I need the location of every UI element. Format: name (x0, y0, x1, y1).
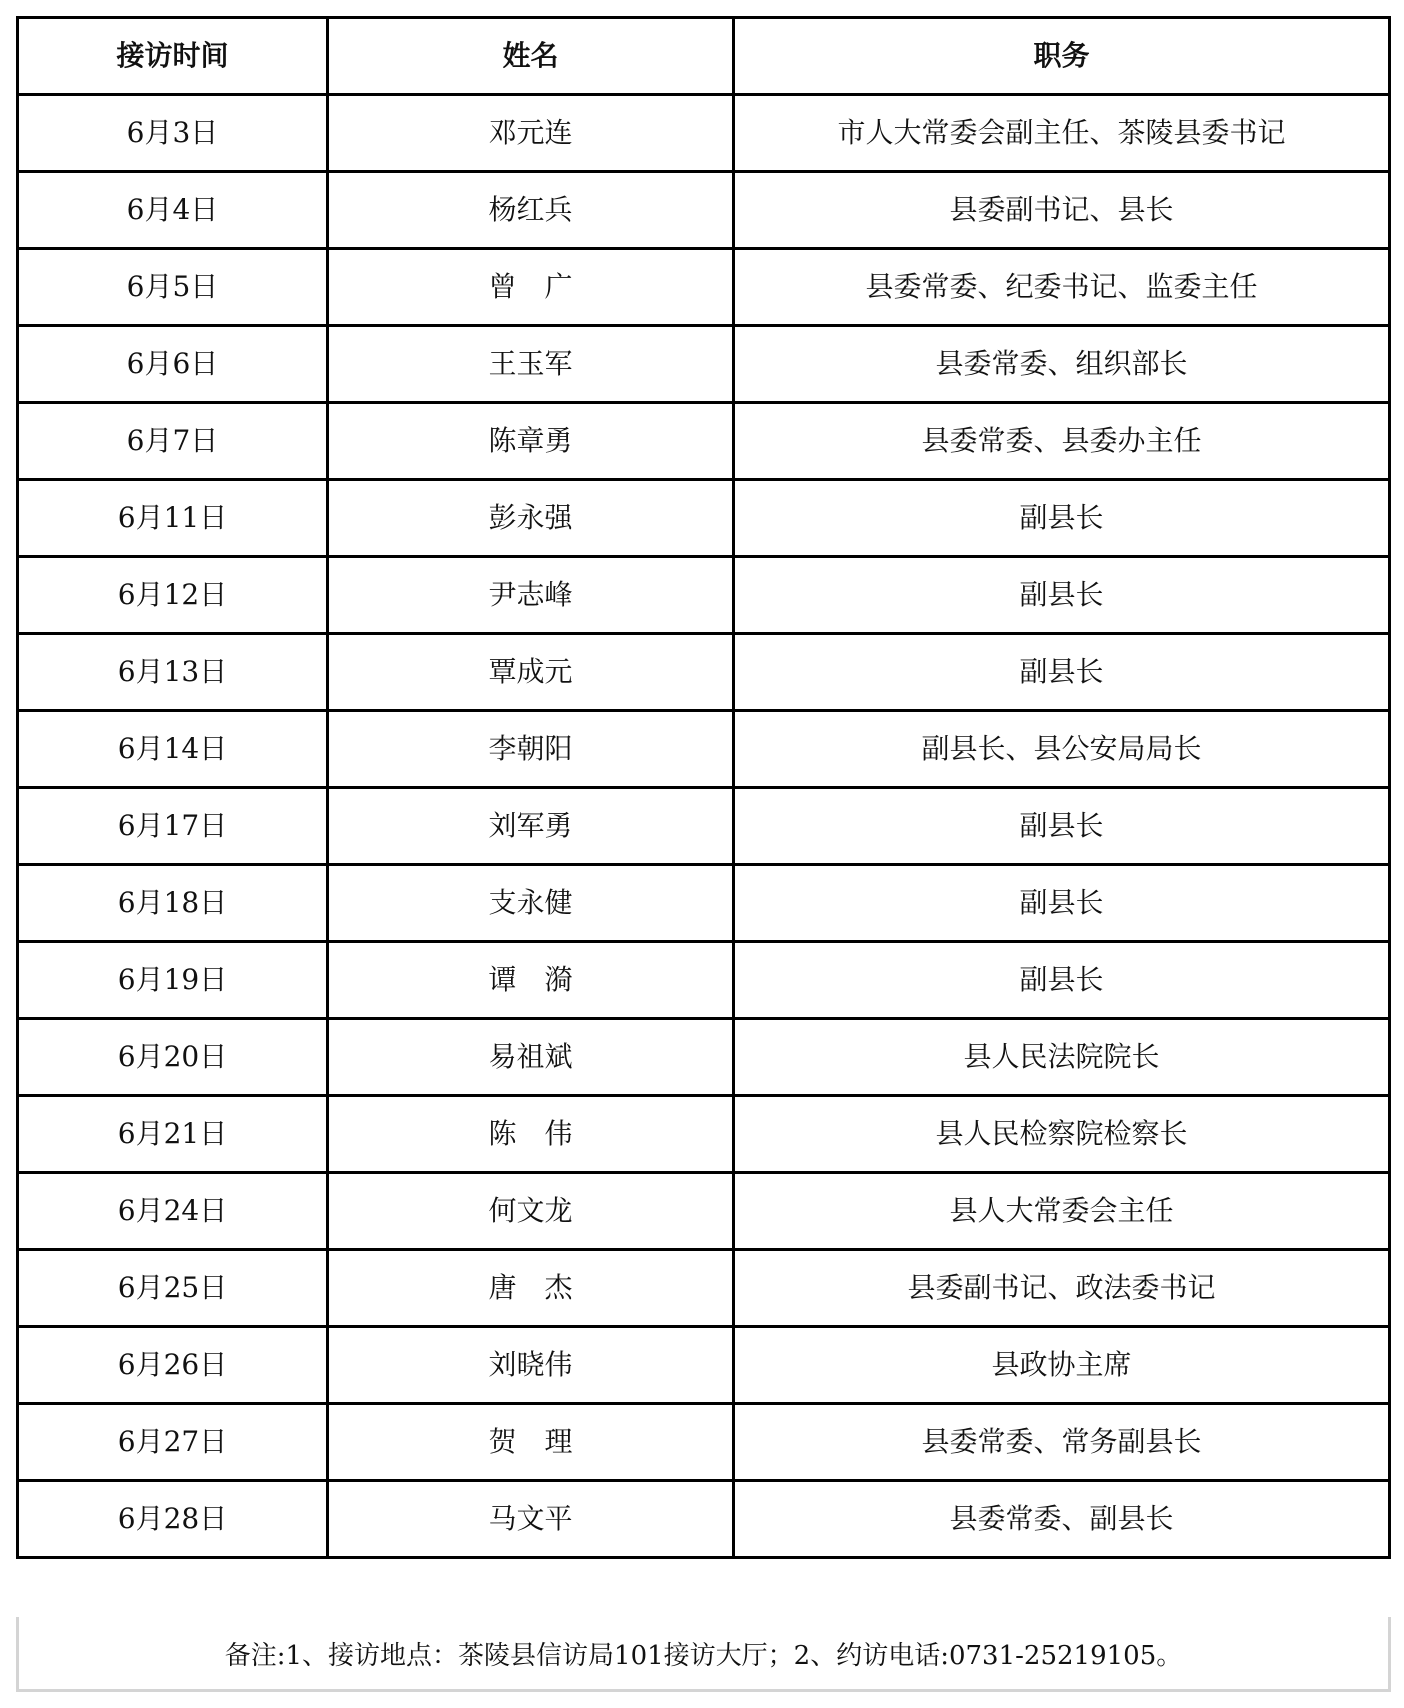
cell-name: 覃成元 (328, 634, 734, 711)
cell-position: 县委常委、常务副县长 (734, 1404, 1390, 1481)
cell-position: 副县长 (734, 788, 1390, 865)
table-row: 6月11日彭永强副县长 (18, 480, 1390, 557)
cell-date: 6月28日 (18, 1481, 328, 1558)
cell-date: 6月19日 (18, 942, 328, 1019)
cell-date: 6月3日 (18, 95, 328, 172)
cell-position: 县委常委、纪委书记、监委主任 (734, 249, 1390, 326)
cell-date: 6月25日 (18, 1250, 328, 1327)
cell-date: 6月17日 (18, 788, 328, 865)
cell-date: 6月27日 (18, 1404, 328, 1481)
cell-date: 6月20日 (18, 1019, 328, 1096)
cell-name: 支永健 (328, 865, 734, 942)
table-row: 6月25日唐 杰县委副书记、政法委书记 (18, 1250, 1390, 1327)
cell-name: 彭永强 (328, 480, 734, 557)
table-row: 6月3日邓元连市人大常委会副主任、茶陵县委书记 (18, 95, 1390, 172)
cell-name: 曾 广 (328, 249, 734, 326)
cell-name: 杨红兵 (328, 172, 734, 249)
cell-date: 6月7日 (18, 403, 328, 480)
header-name: 姓名 (328, 18, 734, 95)
cell-position: 县委常委、县委办主任 (734, 403, 1390, 480)
cell-position: 县委常委、组织部长 (734, 326, 1390, 403)
table-row: 6月27日贺 理县委常委、常务副县长 (18, 1404, 1390, 1481)
cell-name: 邓元连 (328, 95, 734, 172)
cell-position: 副县长 (734, 480, 1390, 557)
table-row: 6月28日马文平县委常委、副县长 (18, 1481, 1390, 1558)
table-row: 6月4日杨红兵县委副书记、县长 (18, 172, 1390, 249)
table-row: 6月20日易祖斌县人民法院院长 (18, 1019, 1390, 1096)
table-row: 6月21日陈 伟县人民检察院检察长 (18, 1096, 1390, 1173)
cell-name: 贺 理 (328, 1404, 734, 1481)
header-position: 职务 (734, 18, 1390, 95)
cell-position: 副县长、县公安局局长 (734, 711, 1390, 788)
cell-date: 6月6日 (18, 326, 328, 403)
table-row: 6月18日支永健副县长 (18, 865, 1390, 942)
cell-date: 6月12日 (18, 557, 328, 634)
table-row: 6月5日曾 广县委常委、纪委书记、监委主任 (18, 249, 1390, 326)
table-row: 6月19日谭 漪副县长 (18, 942, 1390, 1019)
cell-position: 县委副书记、政法委书记 (734, 1250, 1390, 1327)
cell-name: 刘晓伟 (328, 1327, 734, 1404)
cell-position: 县人民检察院检察长 (734, 1096, 1390, 1173)
cell-date: 6月5日 (18, 249, 328, 326)
cell-name: 谭 漪 (328, 942, 734, 1019)
cell-name: 刘军勇 (328, 788, 734, 865)
cell-date: 6月21日 (18, 1096, 328, 1173)
cell-position: 副县长 (734, 942, 1390, 1019)
cell-date: 6月11日 (18, 480, 328, 557)
table-row: 6月14日李朝阳副县长、县公安局局长 (18, 711, 1390, 788)
cell-date: 6月24日 (18, 1173, 328, 1250)
cell-date: 6月14日 (18, 711, 328, 788)
cell-date: 6月18日 (18, 865, 328, 942)
cell-name: 尹志峰 (328, 557, 734, 634)
cell-name: 王玉军 (328, 326, 734, 403)
cell-position: 县委副书记、县长 (734, 172, 1390, 249)
cell-name: 陈章勇 (328, 403, 734, 480)
cell-position: 县政协主席 (734, 1327, 1390, 1404)
cell-date: 6月4日 (18, 172, 328, 249)
cell-name: 马文平 (328, 1481, 734, 1558)
table-row: 6月24日何文龙县人大常委会主任 (18, 1173, 1390, 1250)
cell-position: 县委常委、副县长 (734, 1481, 1390, 1558)
cell-position: 县人大常委会主任 (734, 1173, 1390, 1250)
cell-name: 李朝阳 (328, 711, 734, 788)
table-row: 6月17日刘军勇副县长 (18, 788, 1390, 865)
cell-name: 陈 伟 (328, 1096, 734, 1173)
cell-date: 6月13日 (18, 634, 328, 711)
cell-name: 唐 杰 (328, 1250, 734, 1327)
cell-position: 副县长 (734, 634, 1390, 711)
table-body: 6月3日邓元连市人大常委会副主任、茶陵县委书记6月4日杨红兵县委副书记、县长6月… (18, 95, 1390, 1558)
cell-position: 副县长 (734, 865, 1390, 942)
header-date: 接访时间 (18, 18, 328, 95)
footnote: 备注:1、接访地点：茶陵县信访局101接访大厅；2、约访电话:0731-2521… (16, 1617, 1391, 1692)
cell-position: 县人民法院院长 (734, 1019, 1390, 1096)
cell-date: 6月26日 (18, 1327, 328, 1404)
table-row: 6月6日王玉军县委常委、组织部长 (18, 326, 1390, 403)
table-row: 6月12日尹志峰副县长 (18, 557, 1390, 634)
table-row: 6月7日陈章勇县委常委、县委办主任 (18, 403, 1390, 480)
cell-name: 易祖斌 (328, 1019, 734, 1096)
table-row: 6月13日覃成元副县长 (18, 634, 1390, 711)
cell-position: 市人大常委会副主任、茶陵县委书记 (734, 95, 1390, 172)
cell-name: 何文龙 (328, 1173, 734, 1250)
cell-position: 副县长 (734, 557, 1390, 634)
reception-schedule-table: 接访时间 姓名 职务 6月3日邓元连市人大常委会副主任、茶陵县委书记6月4日杨红… (16, 16, 1391, 1559)
table-header-row: 接访时间 姓名 职务 (18, 18, 1390, 95)
table-row: 6月26日刘晓伟县政协主席 (18, 1327, 1390, 1404)
